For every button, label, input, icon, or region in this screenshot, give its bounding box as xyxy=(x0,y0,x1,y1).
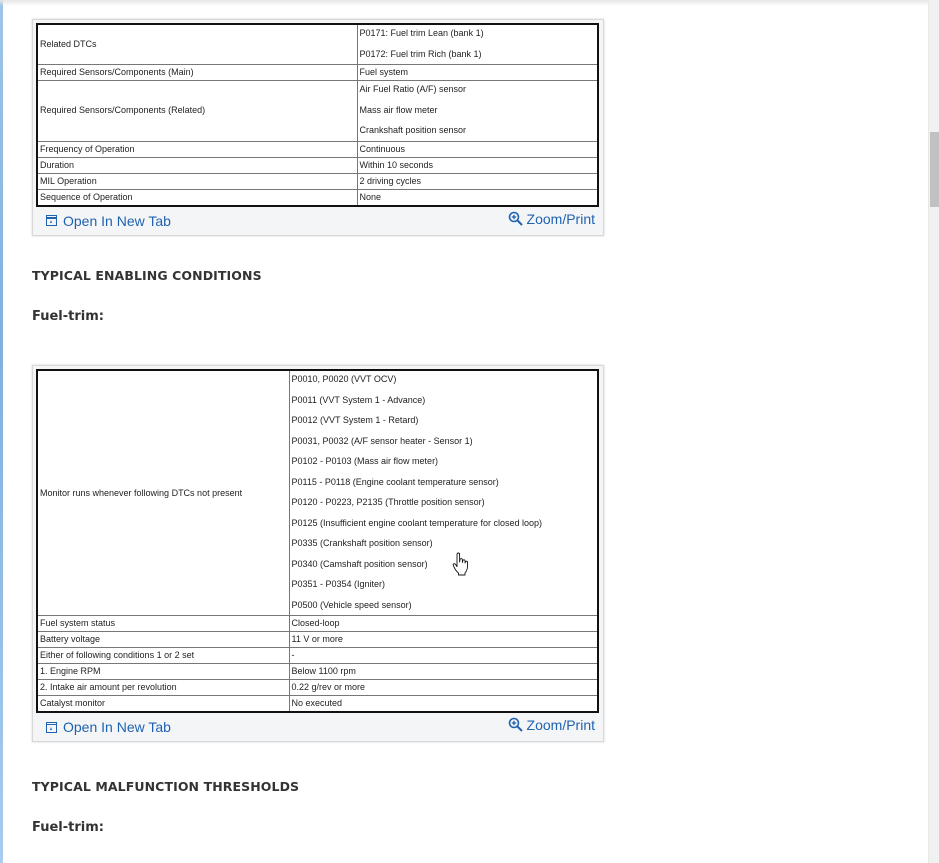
value-line: P0351 - P0354 (Igniter) xyxy=(292,574,596,595)
row-label: Required Sensors/Components (Related) xyxy=(37,81,357,142)
row-label: Duration xyxy=(37,157,357,173)
table-row: MIL Operation2 driving cycles xyxy=(37,173,598,189)
open-in-new-tab-label: Open In New Tab xyxy=(63,213,171,229)
zoom-print-label: Zoom/Print xyxy=(527,211,595,227)
table-row: Monitor runs whenever following DTCs not… xyxy=(37,370,598,616)
section-heading-malfunction-thresholds: TYPICAL MALFUNCTION THRESHOLDS xyxy=(32,779,299,794)
figure-footer: Open In New Tab Zoom/Print xyxy=(36,713,600,741)
monitor-strategy-table: Related DTCsP0171: Fuel trim Lean (bank … xyxy=(36,23,599,207)
scrollbar-thumb[interactable] xyxy=(930,132,939,207)
value-line: P0125 (Insufficient engine coolant tempe… xyxy=(292,513,596,534)
figure-footer: Open In New Tab Zoom/Print xyxy=(36,207,600,235)
row-label: Either of following conditions 1 or 2 se… xyxy=(37,648,289,664)
row-value: None xyxy=(357,189,598,206)
row-label: 2. Intake air amount per revolution xyxy=(37,680,289,696)
table-row: Required Sensors/Components (Related)Air… xyxy=(37,81,598,142)
row-value: P0010, P0020 (VVT OCV)P0011 (VVT System … xyxy=(289,370,598,616)
value-line: P0120 - P0223, P2135 (Throttle position … xyxy=(292,492,596,513)
value-line: Mass air flow meter xyxy=(360,100,596,121)
table-row: 1. Engine RPMBelow 1100 rpm xyxy=(37,664,598,680)
table-row: Sequence of OperationNone xyxy=(37,189,598,206)
row-value: 2 driving cycles xyxy=(357,173,598,189)
value-line: P0500 (Vehicle speed sensor) xyxy=(292,595,596,616)
table-row: Fuel system statusClosed-loop xyxy=(37,616,598,632)
table-row: 2. Intake air amount per revolution0.22 … xyxy=(37,680,598,696)
enabling-conditions-figure: Monitor runs whenever following DTCs not… xyxy=(32,365,604,742)
row-label: Battery voltage xyxy=(37,632,289,648)
row-label: Catalyst monitor xyxy=(37,696,289,713)
value-line: P0172: Fuel trim Rich (bank 1) xyxy=(360,44,596,65)
row-value: - xyxy=(289,648,598,664)
row-label: 1. Engine RPM xyxy=(37,664,289,680)
vertical-scrollbar[interactable] xyxy=(928,0,939,863)
subheading-fuel-trim: Fuel-trim: xyxy=(32,309,104,324)
hand-cursor-icon xyxy=(452,552,470,576)
value-line: Crankshaft position sensor xyxy=(360,120,596,141)
row-label: Monitor runs whenever following DTCs not… xyxy=(37,370,289,616)
table-row: Frequency of OperationContinuous xyxy=(37,141,598,157)
zoom-print-link[interactable]: Zoom/Print xyxy=(508,211,595,227)
enabling-conditions-table: Monitor runs whenever following DTCs not… xyxy=(36,369,599,713)
zoom-print-link[interactable]: Zoom/Print xyxy=(508,717,595,733)
row-value: 11 V or more xyxy=(289,632,598,648)
zoom-in-icon xyxy=(508,211,524,227)
value-line: P0115 - P0118 (Engine coolant temperatur… xyxy=(292,472,596,493)
left-window-edge xyxy=(0,0,3,863)
table-row: Battery voltage11 V or more xyxy=(37,632,598,648)
value-line: P0012 (VVT System 1 - Retard) xyxy=(292,410,596,431)
value-line: Air Fuel Ratio (A/F) sensor xyxy=(360,79,596,100)
row-label: Related DTCs xyxy=(37,24,357,65)
open-in-new-tab-icon xyxy=(46,722,57,733)
table-row: DurationWithin 10 seconds xyxy=(37,157,598,173)
value-line: P0340 (Camshaft position sensor) xyxy=(292,554,596,575)
row-label: MIL Operation xyxy=(37,173,357,189)
row-label: Required Sensors/Components (Main) xyxy=(37,65,357,81)
open-in-new-tab-link[interactable]: Open In New Tab xyxy=(46,213,171,229)
row-value: Air Fuel Ratio (A/F) sensorMass air flow… xyxy=(357,81,598,142)
subheading-fuel-trim: Fuel-trim: xyxy=(32,820,104,835)
header-shadow xyxy=(0,0,928,6)
value-line: P0335 (Crankshaft position sensor) xyxy=(292,533,596,554)
open-in-new-tab-label: Open In New Tab xyxy=(63,719,171,735)
row-value: 0.22 g/rev or more xyxy=(289,680,598,696)
row-label: Fuel system status xyxy=(37,616,289,632)
row-label: Sequence of Operation xyxy=(37,189,357,206)
value-line: P0011 (VVT System 1 - Advance) xyxy=(292,390,596,411)
zoom-in-icon xyxy=(508,717,524,733)
row-value: P0171: Fuel trim Lean (bank 1)P0172: Fue… xyxy=(357,24,598,65)
row-label: Frequency of Operation xyxy=(37,141,357,157)
row-value: Continuous xyxy=(357,141,598,157)
open-in-new-tab-icon xyxy=(46,215,57,226)
zoom-print-label: Zoom/Print xyxy=(527,717,595,733)
section-heading-enabling-conditions: TYPICAL ENABLING CONDITIONS xyxy=(32,268,262,283)
row-value: Within 10 seconds xyxy=(357,157,598,173)
value-line: P0102 - P0103 (Mass air flow meter) xyxy=(292,451,596,472)
table-row: Either of following conditions 1 or 2 se… xyxy=(37,648,598,664)
monitor-strategy-figure: Related DTCsP0171: Fuel trim Lean (bank … xyxy=(32,19,604,236)
row-value: No executed xyxy=(289,696,598,713)
value-line: P0031, P0032 (A/F sensor heater - Sensor… xyxy=(292,431,596,452)
value-line: P0171: Fuel trim Lean (bank 1) xyxy=(360,23,596,44)
open-in-new-tab-link[interactable]: Open In New Tab xyxy=(46,719,171,735)
table-row: Catalyst monitorNo executed xyxy=(37,696,598,713)
row-value: Closed-loop xyxy=(289,616,598,632)
value-line: P0010, P0020 (VVT OCV) xyxy=(292,369,596,390)
row-value: Below 1100 rpm xyxy=(289,664,598,680)
table-row: Related DTCsP0171: Fuel trim Lean (bank … xyxy=(37,24,598,65)
